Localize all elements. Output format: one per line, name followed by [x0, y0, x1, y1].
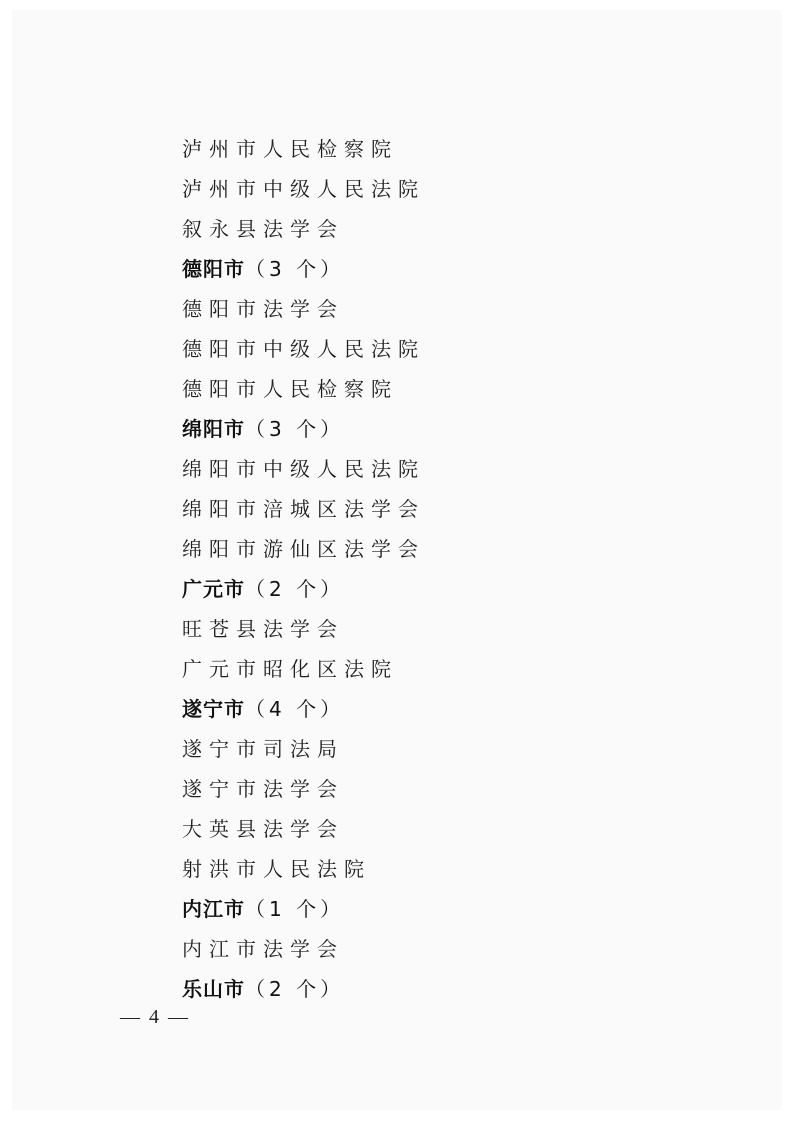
list-item: 德阳市中级人民法院 — [182, 329, 742, 369]
list-item: 射洪市人民法院 — [182, 849, 742, 889]
city-count: （2 个） — [245, 977, 344, 1001]
city-heading-mianyang: 绵阳市（3 个） — [182, 409, 742, 449]
list-item: 遂宁市法学会 — [182, 769, 742, 809]
list-item: 绵阳市中级人民法院 — [182, 449, 742, 489]
list-item: 旺苍县法学会 — [182, 609, 742, 649]
list-item: 叙永县法学会 — [182, 209, 742, 249]
city-heading-suining: 遂宁市（4 个） — [182, 689, 742, 729]
list-item: 内江市法学会 — [182, 929, 742, 969]
page-number: — 4 — — [120, 1006, 190, 1029]
city-heading-guangyuan: 广元市（2 个） — [182, 569, 742, 609]
city-name: 广元市 — [182, 577, 245, 601]
city-name: 遂宁市 — [182, 697, 245, 721]
city-heading-leshan: 乐山市（2 个） — [182, 969, 742, 1009]
city-name: 绵阳市 — [182, 417, 245, 441]
list-item: 泸州市中级人民法院 — [182, 169, 742, 209]
document-page: 泸州市人民检察院 泸州市中级人民法院 叙永县法学会 德阳市（3 个） 德阳市法学… — [12, 10, 782, 1110]
city-heading-deyang: 德阳市（3 个） — [182, 249, 742, 289]
list-item: 泸州市人民检察院 — [182, 129, 742, 169]
city-count: （2 个） — [245, 577, 344, 601]
city-count: （1 个） — [245, 897, 344, 921]
city-count: （3 个） — [245, 417, 344, 441]
list-item: 德阳市人民检察院 — [182, 369, 742, 409]
list-item: 德阳市法学会 — [182, 289, 742, 329]
city-heading-neijiang: 内江市（1 个） — [182, 889, 742, 929]
list-item: 遂宁市司法局 — [182, 729, 742, 769]
city-count: （3 个） — [245, 257, 344, 281]
list-item: 绵阳市游仙区法学会 — [182, 529, 742, 569]
list-item: 大英县法学会 — [182, 809, 742, 849]
list-item: 绵阳市涪城区法学会 — [182, 489, 742, 529]
organization-list: 泸州市人民检察院 泸州市中级人民法院 叙永县法学会 德阳市（3 个） 德阳市法学… — [182, 129, 742, 1009]
city-count: （4 个） — [245, 697, 344, 721]
list-item: 广元市昭化区法院 — [182, 649, 742, 689]
city-name: 内江市 — [182, 897, 245, 921]
city-name: 德阳市 — [182, 257, 245, 281]
city-name: 乐山市 — [182, 977, 245, 1001]
